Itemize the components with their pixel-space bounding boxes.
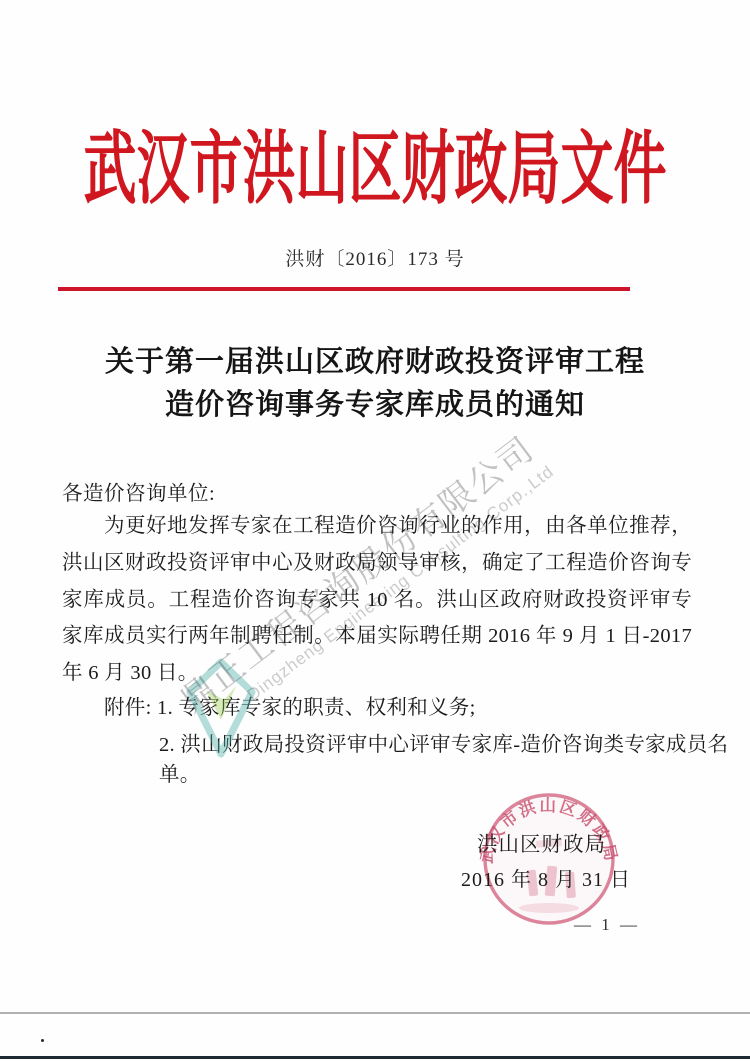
scan-artifact-speck <box>41 1039 44 1042</box>
letterhead-title: 武汉市洪山区财政局文件 <box>0 106 750 220</box>
scanned-document-page: 武汉市洪山区财政局文件 洪财〔2016〕173 号 关于第一届洪山区政府财政投资… <box>0 0 750 1061</box>
body-paragraph: 为更好地发挥专家在工程造价咨询行业的作用，由各单位推荐，洪山区财政投资评审中心及… <box>62 508 692 692</box>
scan-artifact-line-gray <box>0 1012 750 1014</box>
red-divider-rule <box>58 287 630 291</box>
issue-date: 2016 年 8 月 31 日 <box>461 863 631 892</box>
notice-title-line1: 关于第一届洪山区政府财政投资评审工程 <box>105 346 645 378</box>
notice-title: 关于第一届洪山区政府财政投资评审工程 造价咨询事务专家库成员的通知 <box>0 341 750 427</box>
issuer-signature: 洪山区财政局 <box>477 827 606 857</box>
attachment-line-1: 附件: 1. 专家库专家的职责、权利和义务; <box>104 690 476 720</box>
document-number: 洪财〔2016〕173 号 <box>0 244 750 271</box>
scan-artifact-line-dark <box>0 1056 750 1059</box>
salutation: 各造价咨询单位: <box>62 476 215 506</box>
company-logo-watermark-icon <box>186 658 256 758</box>
notice-title-line2: 造价咨询事务专家库成员的通知 <box>165 389 585 421</box>
official-seal-stamp-icon: 武汉市洪山区财政局 <box>478 786 620 932</box>
